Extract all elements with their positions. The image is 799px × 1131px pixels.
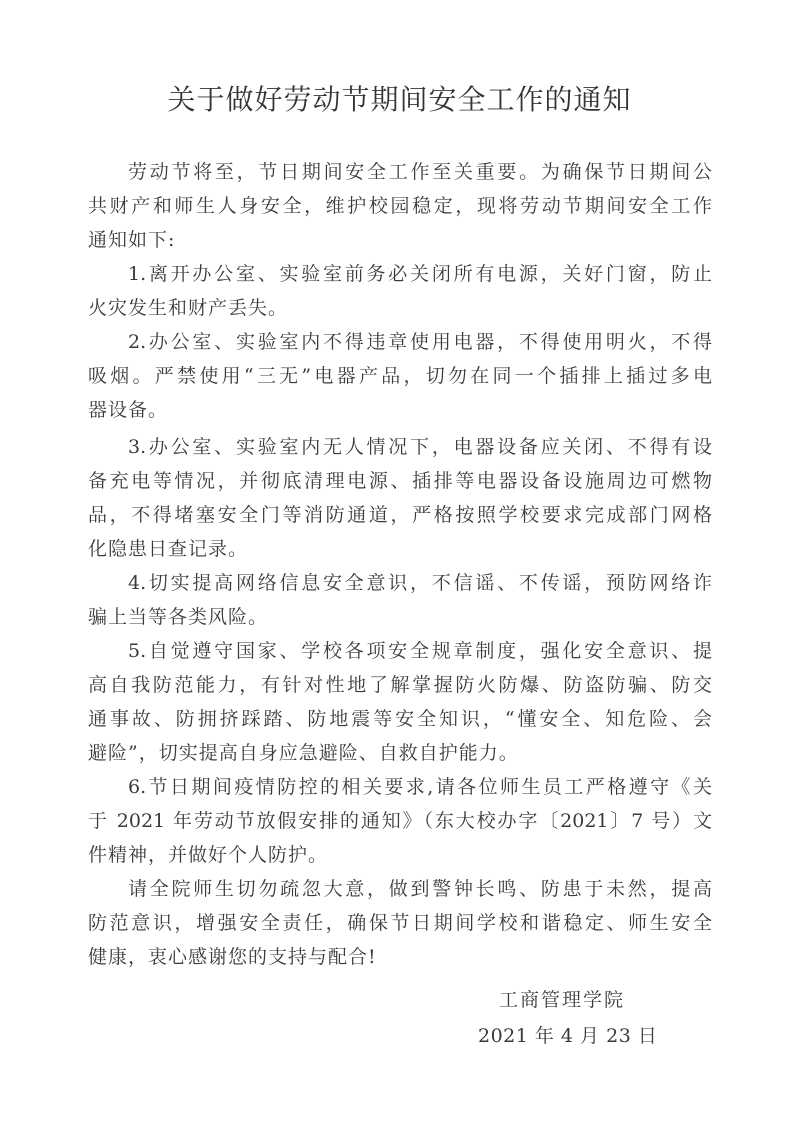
item-3-line-4: 化隐患日查记录。 [88, 532, 712, 566]
item-5-line-2: 高自我防范能力，有针对性地了解掌握防火防爆、防盗防骗、防交 [88, 668, 712, 702]
item-2-line-3: 器设备。 [88, 393, 712, 427]
signature-date: 2021 年 4 月 23 日 [478, 1021, 657, 1051]
paragraph-intro-line-3: 通知如下: [88, 223, 712, 257]
item-6-line-2: 于 2021 年劳动节放假安排的通知》（东大校办字〔2021〕7 号）文 [88, 804, 712, 838]
item-3-line-3: 品，不得堵塞安全门等消防通道，严格按照学校要求完成部门网格 [88, 498, 712, 532]
closing-line-2: 防范意识，增强安全责任，确保节日期间学校和谐稳定、师生安全 [88, 906, 712, 940]
item-2-line-1: 2.办公室、实验室内不得违章使用电器，不得使用明火，不得 [128, 325, 712, 359]
closing-line-3: 健康，衷心感谢您的支持与配合! [88, 940, 712, 974]
paragraph-intro-line-2: 共财产和师生人身安全，维护校园稳定，现将劳动节期间安全工作 [88, 189, 712, 223]
item-3-line-2: 备充电等情况，并彻底清理电源、插排等电器设备设施周边可燃物 [88, 464, 712, 498]
item-5-line-1: 5.自觉遵守国家、学校各项安全规章制度，强化安全意识、提 [128, 634, 712, 668]
paragraph-intro-line-1: 劳动节将至，节日期间安全工作至关重要。为确保节日期间公 [128, 155, 712, 189]
item-4-line-2: 骗上当等各类风险。 [88, 600, 712, 634]
closing-line-1: 请全院师生切勿疏忽大意，做到警钟长鸣、防患于未然，提高 [128, 872, 712, 906]
item-6-line-1: 6.节日期间疫情防控的相关要求,请各位师生员工严格遵守《关 [128, 770, 712, 804]
document-page: 关于做好劳动节期间安全工作的通知 劳动节将至，节日期间安全工作至关重要。为确保节… [0, 0, 799, 1131]
item-1-line-1: 1.离开办公室、实验室前务必关闭所有电源，关好门窗，防止 [128, 257, 712, 291]
item-3-line-1: 3.办公室、实验室内无人情况下，电器设备应关闭、不得有设 [128, 430, 712, 464]
signature-organization: 工商管理学院 [499, 985, 625, 1015]
document-title: 关于做好劳动节期间安全工作的通知 [0, 78, 799, 118]
item-5-line-3: 通事故、防拥挤踩踏、防地震等安全知识，“懂安全、知危险、会 [88, 702, 712, 736]
item-6-line-3: 件精神，并做好个人防护。 [88, 838, 712, 872]
item-5-line-4: 避险”，切实提高自身应急避险、自救自护能力。 [88, 736, 712, 770]
item-1-line-2: 火灾发生和财产丢失。 [88, 291, 712, 325]
item-4-line-1: 4.切实提高网络信息安全意识，不信谣、不传谣，预防网络诈 [128, 566, 712, 600]
item-2-line-2: 吸烟。严禁使用“三无”电器产品，切勿在同一个插排上插过多电 [88, 359, 712, 393]
